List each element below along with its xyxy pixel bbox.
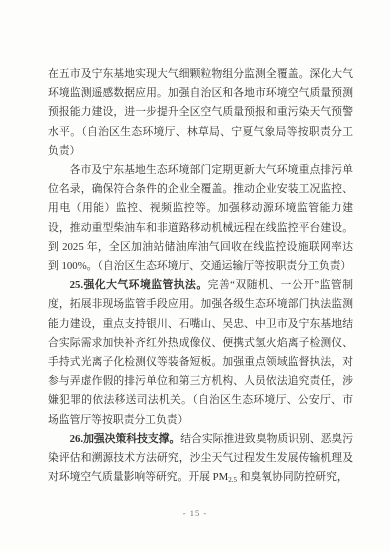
document-page: 在五市及宁东基地实现大气细颗粒物组分监测全覆盖。深化大气环境监测遥感数据应用。加… [0, 0, 390, 551]
paragraph-monitoring: 各市及宁东基地生态环境部门定期更新大气环境重点排污单位名录，确保符合条件的企业全… [48, 161, 353, 276]
paragraph-item-25: 25.强化大气环境监管执法。完善“双随机、一公开”监管制度，拓展非现场监管手段应… [48, 276, 353, 430]
paragraph-text: 各市及宁东基地生态环境部门定期更新大气环境重点排污单位名录，确保符合条件的企业全… [48, 164, 353, 272]
paragraph-text: 在五市及宁东基地实现大气细颗粒物组分监测全覆盖。深化大气环境监测遥感数据应用。加… [48, 68, 353, 157]
paragraph-item-26: 26.加强决策科技支撑。结合实际推进致臭物质识别、恶臭污染评估和溯源技术方法研究… [48, 430, 353, 488]
item-25-heading: 25.强化大气环境监管执法。 [70, 279, 208, 291]
paragraph-text: 和臭氧协同防控研究， [237, 471, 348, 483]
page-number: - 15 - [0, 508, 390, 518]
paragraph-text: 完善“双随机、一公开”监管制度，拓展非现场监管手段应用。加强各级生态环境部门执法… [48, 279, 353, 425]
paragraph-continuation: 在五市及宁东基地实现大气细颗粒物组分监测全覆盖。深化大气环境监测遥感数据应用。加… [48, 65, 353, 161]
pm25-subscript: 2.5 [228, 476, 237, 484]
document-body: 在五市及宁东基地实现大气细颗粒物组分监测全覆盖。深化大气环境监测遥感数据应用。加… [48, 65, 353, 487]
item-26-heading: 26.加强决策科技支撑。 [70, 433, 181, 445]
